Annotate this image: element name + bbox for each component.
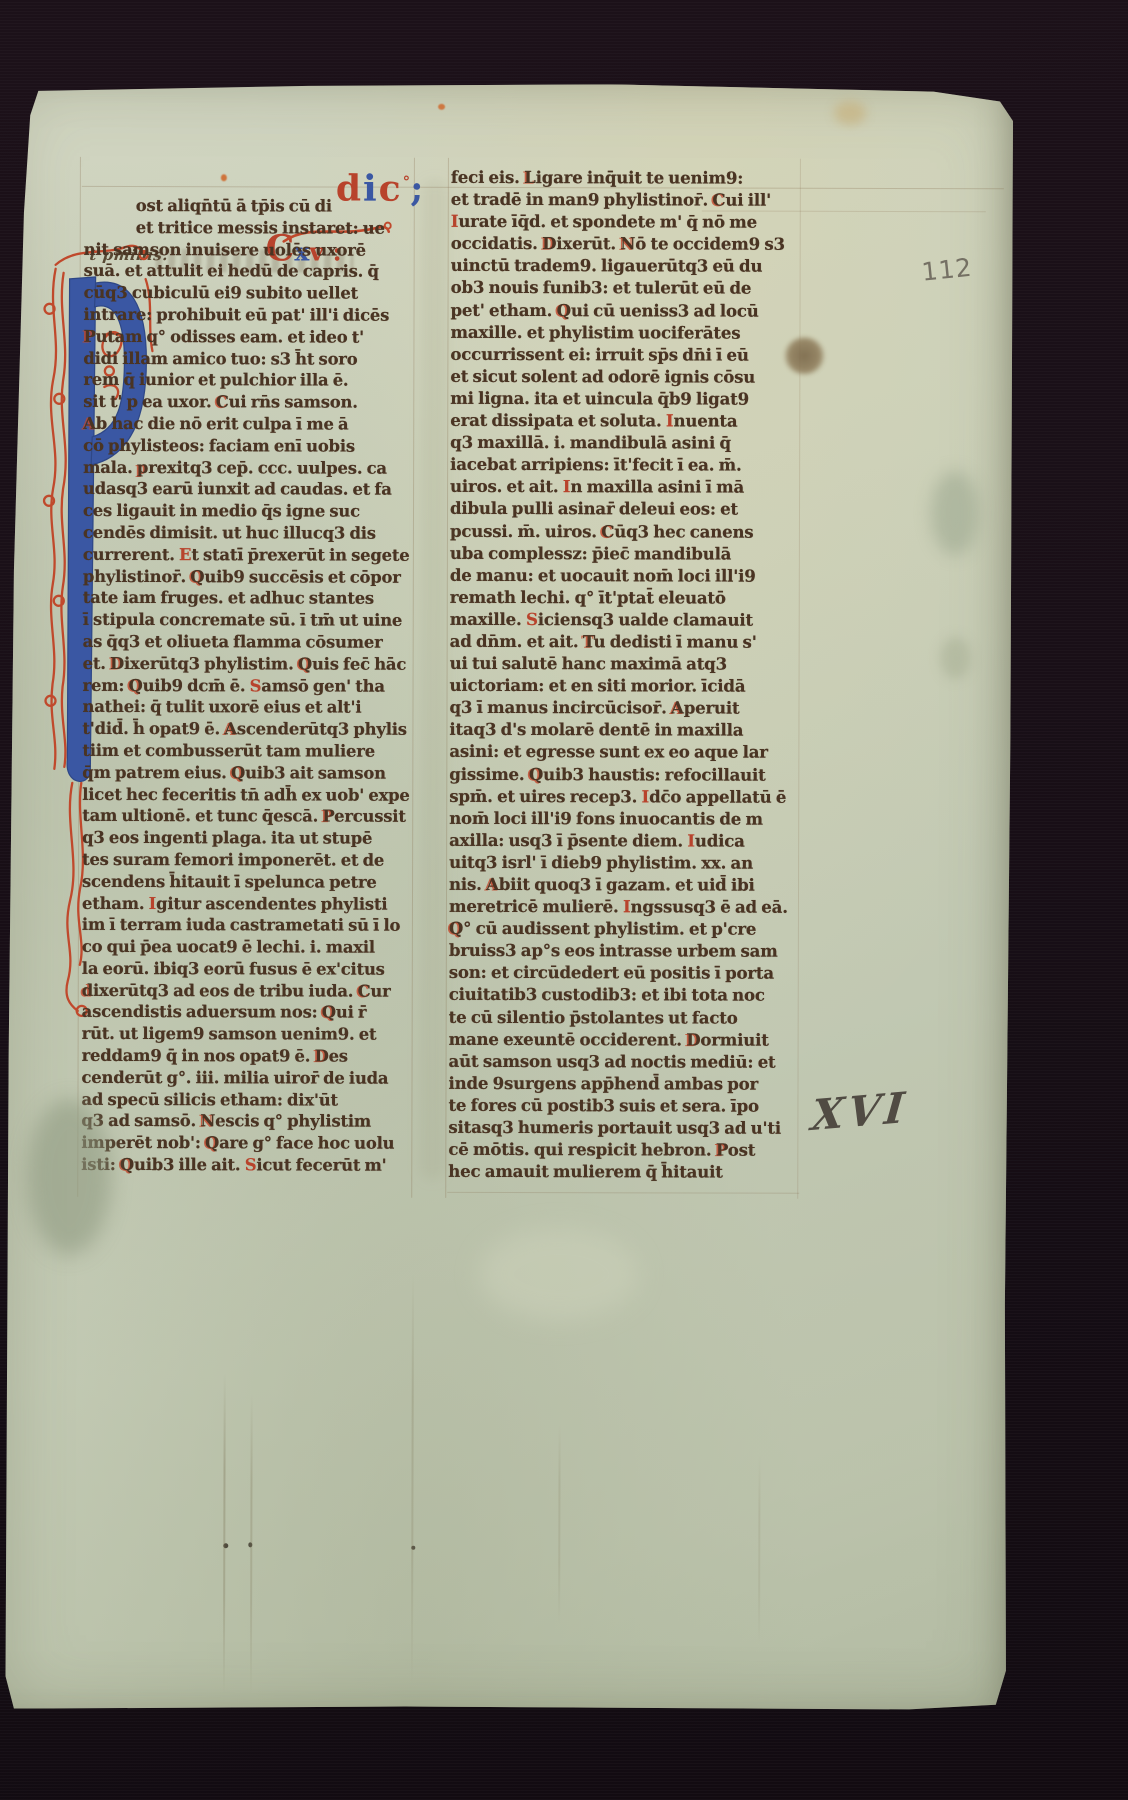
text-line: q3 ī manus incircūcisor̄. Aperuit (449, 696, 801, 719)
rubricated-letter: Q (449, 918, 463, 938)
rubricated-letter: C (216, 392, 229, 411)
text-line: cendēs dimisit. ut huc illucq3 dis (83, 522, 417, 545)
rubricated-letter: I (666, 410, 674, 430)
text-line: et tritice messis instaret: ue (84, 217, 418, 240)
text-line: intrare: prohibuit eū pat' ill'i dicēs (83, 304, 417, 327)
text-line: currerent. Et statī p̄rexerūt in segete (83, 544, 417, 567)
text-line: suā. et attulit ei hedū de capris. q̄ (84, 260, 418, 283)
rubricated-letter: N (200, 1112, 215, 1131)
text-line: spm̄. et uires recep3. Idc̄o appellatū ē (449, 784, 801, 807)
text-line: im ī terram iuda castrametati sū ī lo (82, 914, 416, 937)
text-line: tiim et combusserūt tam muliere (82, 740, 416, 763)
text-line: dibula pulli asinar̄ deleui eos: et (450, 497, 802, 520)
rubricated-letter: S (526, 609, 538, 629)
text-line: q3 ad samsō. Nescis q° phylistim (81, 1110, 415, 1133)
text-line: axilla: usq3 ī p̄sente diem. Iudica (449, 829, 801, 852)
text-line: feci eis. Ligare inq̄uit te uenim9: (451, 166, 803, 189)
rubricated-letter: Q (231, 763, 245, 782)
crease (758, 1455, 760, 1645)
text-line: erat dissipata et soluta. Inuenta (450, 409, 802, 432)
text-line: cō phylisteos: faciam enī uobis (83, 435, 417, 458)
rubricated-letter: I (687, 830, 695, 850)
text-line: tes suram femori imponerēt. et de (82, 849, 416, 872)
rubricated-letter: D (542, 233, 556, 253)
text-line: rem: Quib9 dcm̄ ē. Samsō gen' tha (83, 674, 417, 697)
stain (438, 104, 445, 110)
text-line: mala. prexitq3 cep̄. ccc. uulpes. ca (83, 456, 417, 479)
text-line: q̄m patrem eius. Quib3 ait samson (82, 762, 416, 785)
stain (411, 1546, 415, 1550)
rubricated-letter: I (623, 896, 631, 916)
text-line: q3 eos ingenti plaga. ita ut stupē (82, 827, 416, 850)
crease (411, 1274, 414, 1684)
text-line: gissime. Quib3 haustis: refocillauit (449, 762, 801, 785)
rubricated-letter: T (583, 631, 594, 651)
text-line: nit samson inuisere uolēs uxorē (84, 238, 418, 261)
text-column-right: feci eis. Ligare inq̄uit te uenim9:et tr… (448, 166, 803, 1183)
rubricated-letter: Q (120, 1155, 134, 1174)
rubricated-letter: I (642, 786, 650, 806)
text-line: licet hec feceritis tn̄ adh̄ ex uob' exp… (82, 783, 416, 806)
text-line: pcussi. m̄. uiros. Cūq3 hec canens (450, 519, 802, 542)
text-line: nis. Abiit quoq3 ī gazam. et uid̄ ibi (449, 873, 801, 896)
text-line: t'did̄. h̄ opat9 ē. Ascenderūtq3 phylis (82, 718, 416, 741)
rubricated-letter: d (82, 981, 93, 1000)
stain (941, 637, 971, 679)
text-line: ascendistis aduersum nos: Qui r̄ (82, 1001, 416, 1024)
text-line: imperēt nob': Qare g° face hoc uolu (81, 1132, 415, 1155)
text-line: mi ligna. ita et uincula q̄b9 ligat9 (450, 387, 802, 410)
rubricated-letter: Q (557, 300, 571, 320)
text-line: remath lechi. q° īt'ptat̄ eleuatō (450, 586, 802, 609)
photo-background: dic°; 112 t pmibis. Cxv : (0, 0, 1128, 1800)
rubricated-letter: D (315, 1047, 329, 1066)
text-line: ad specū silicis etham: dix'ūt (81, 1089, 415, 1112)
text-line: inde 9surgens app̄hend̄ ambas por (448, 1072, 800, 1095)
text-line: tam ultionē. et tunc q̄escā. Percussit (82, 805, 416, 828)
text-line: Iurate īq̄d. et spondete m' q̄ nō me (451, 210, 803, 233)
crease (558, 1424, 561, 1624)
text-line: meretricē mulierē. Ingssusq3 ē ad eā. (449, 895, 801, 918)
margin-note-chapter-xvi: XVI (809, 1083, 910, 1141)
text-line: uictoriam: et en siti morior. īcidā (450, 674, 802, 697)
rubricated-letter: C (358, 981, 371, 1000)
text-line: tate iam fruges. et adhuc stantes (83, 587, 417, 610)
text-line: ciuitatib3 custodib3: et ibi tota noc (449, 983, 801, 1006)
text-line: et sicut solent ad odorē ignis cōsu (450, 365, 802, 388)
crease (223, 1373, 226, 1693)
rubricated-letter: Q (529, 764, 543, 784)
text-line: rem q̄ iunior et pulchior illa ē. (83, 369, 417, 392)
crease (250, 1393, 253, 1693)
text-line: isti: Quib3 ille ait. Sicut fecerūt m' (81, 1154, 415, 1177)
text-line: maxille. Siciensq3 ualde clamauit (450, 608, 802, 631)
text-line: maxille. et phylistim uociferātes (450, 321, 802, 344)
text-line: ost aliqn̄tū ā tp̄is cū di (84, 195, 418, 218)
rubricated-letter: E (179, 545, 191, 564)
rubricated-letter: Q (128, 676, 142, 695)
text-line: nom̄ loci ill'i9 fons inuocantis de m (449, 807, 801, 830)
stain (834, 101, 866, 125)
text-line: Q° cū audissent phylistim. et p'cre (449, 917, 801, 940)
text-line: sit t' p ea uxor. Cui rn̄s samson. (83, 391, 417, 414)
text-line: mane exeuntē occiderent. Dormiuit (449, 1028, 801, 1051)
text-line: ob3 nouis funib3: et tulerūt eū de (451, 276, 803, 299)
rubricated-letter: D (686, 1029, 700, 1049)
text-line: Ab hac die nō erit culpa ī me ā (83, 413, 417, 436)
text-line: sitasq3 humeris portauit usq3 ad u'ti (448, 1116, 800, 1139)
rubricated-letter: S (245, 1155, 257, 1174)
rubricated-letter: I (149, 894, 157, 913)
rubricated-letter: A (671, 698, 684, 718)
text-line: bruiss3 ap°s eos intrasse urbem sam (449, 939, 801, 962)
rubricated-letter: I (563, 476, 571, 496)
text-line: nathei: q̄ tulit uxorē eius et alt'i (82, 696, 416, 719)
stain (931, 471, 979, 555)
rubricated-letter: Q (205, 1133, 219, 1152)
gutter-shading (419, 180, 448, 1180)
rubricated-letter: A (83, 414, 96, 433)
text-line: co qui p̄ea uocat9 ē lechi. i. maxil (82, 936, 416, 959)
text-line: itaq3 d's molarē dentē in maxilla (449, 718, 801, 741)
text-line: te cū silentio p̄stolantes ut facto (449, 1005, 801, 1028)
text-line: te fores cū postib3 suis et sera. īpo (448, 1094, 800, 1117)
text-line: occurrissent ei: irruit sp̄s dn̄i ī eū (450, 343, 802, 366)
rubricated-letter: L (524, 167, 536, 187)
text-line: uba complessz: p̄iec̄ mandibulā (450, 541, 802, 564)
text-line: uinctū tradem9. ligauerūtq3 eū du (451, 254, 803, 277)
rubricated-letter: A (224, 719, 237, 738)
folio-number: 112 (920, 253, 973, 287)
text-line: et. Dixerūtq3 phylistim. Quis fec̄ hāc (83, 653, 417, 676)
text-line: cūq3 cubiculū ei9 subito uellet (84, 282, 418, 305)
text-line: occidatis. Dixerūt. Nō te occidem9 s3 (451, 232, 803, 255)
rubricated-letter: Q (298, 654, 312, 673)
text-line: rūt. ut ligem9 samson uenim9. et (82, 1023, 416, 1046)
ruling-line-horizontal (447, 1192, 799, 1194)
stain (223, 1543, 228, 1548)
text-line: udasq3 earū iunxit ad caudas. et fa (83, 478, 417, 501)
rubricated-letter: P (716, 1140, 728, 1160)
text-line: ad dn̄m. et ait. Tu dedisti ī manu s' (450, 630, 802, 653)
rubricated-letter: C (712, 190, 725, 210)
rubricated-letter: p (137, 458, 148, 477)
text-line: son: et circūdedert eū positis ī porta (449, 961, 801, 984)
text-line: q3 maxillā. i. mandibulā asini q̄ (450, 431, 802, 454)
text-line: et tradē in man9 phylistinor̄. Cui ill' (451, 188, 803, 211)
rubricated-letter: Q (322, 1003, 336, 1022)
text-column-left: ost aliqn̄tū ā tp̄is cū diet tritice mes… (81, 195, 418, 1177)
text-line: ui tui salutē hanc maximā atq3 (450, 652, 802, 675)
rubricated-letter: C (601, 521, 614, 541)
text-line: cenderūt g°. iii. milia uiror̄ de iuda (81, 1067, 415, 1090)
text-line: reddam9 q̄ in nos opat9 ē. Des (82, 1045, 416, 1068)
text-line: Putam q° odisses eam. et ideo t' (83, 326, 417, 349)
text-line: phylistinor̄. Quib9 succēsis et cōpor (83, 565, 417, 588)
text-line: la eorū. ibiq3 eorū fusus ē ex'citus (82, 958, 416, 981)
text-line: ces ligauit in medio q̄s igne suc (83, 500, 417, 523)
rubricated-letter: P (322, 807, 334, 826)
text-line: de manu: et uocauit nom̄ loci ill'i9 (450, 564, 802, 587)
rubricated-letter: P (83, 327, 95, 346)
rubricated-letter: I (451, 211, 459, 231)
text-line: asini: et egresse sunt ex eo aque lar (449, 740, 801, 763)
text-line: scendens h̄itauit ī spelunca petre (82, 871, 416, 894)
manuscript-page: dic°; 112 t pmibis. Cxv : (2, 83, 1014, 1712)
text-line: etham. Igitur ascendentes phylisti (82, 892, 416, 915)
text-line: iacebat arripiens: īt'fecit ī ea. m̄. (450, 453, 802, 476)
text-line: ī stipula concremate sū. ī tm̄ ut uine (83, 609, 417, 632)
text-line: didi illam amico tuo: s3 h̄t soro (83, 347, 417, 370)
text-line: cē mōtis. qui respicit hebron. Post (448, 1138, 800, 1161)
rubricated-letter: Q (190, 567, 204, 586)
rubricated-letter: N (620, 234, 635, 254)
stain (221, 174, 227, 181)
text-line: dixerūtq3 ad eos de tribu iuda. Cur (82, 980, 416, 1003)
text-line: uiros. et ait. In maxilla asini ī mā (450, 475, 802, 498)
stain (248, 1542, 252, 1547)
text-line: uitq3 isrl' ī dieb9 phylistim. xx. an (449, 851, 801, 874)
rubricated-letter: S (250, 676, 262, 695)
text-line: pet' etham. Qui cū ueniss3 ad locū (451, 298, 803, 321)
stain (479, 1228, 639, 1320)
rubricated-letter: A (486, 874, 499, 894)
text-line: aūt samson usq3 ad noctis mediū: et (449, 1050, 801, 1073)
rubricated-letter: D (110, 654, 124, 673)
text-line: as q̄q3 et oliueta flamma cōsumer (83, 631, 417, 654)
text-line: hec amauit mulierem q̄ h̄itauit (448, 1160, 800, 1183)
